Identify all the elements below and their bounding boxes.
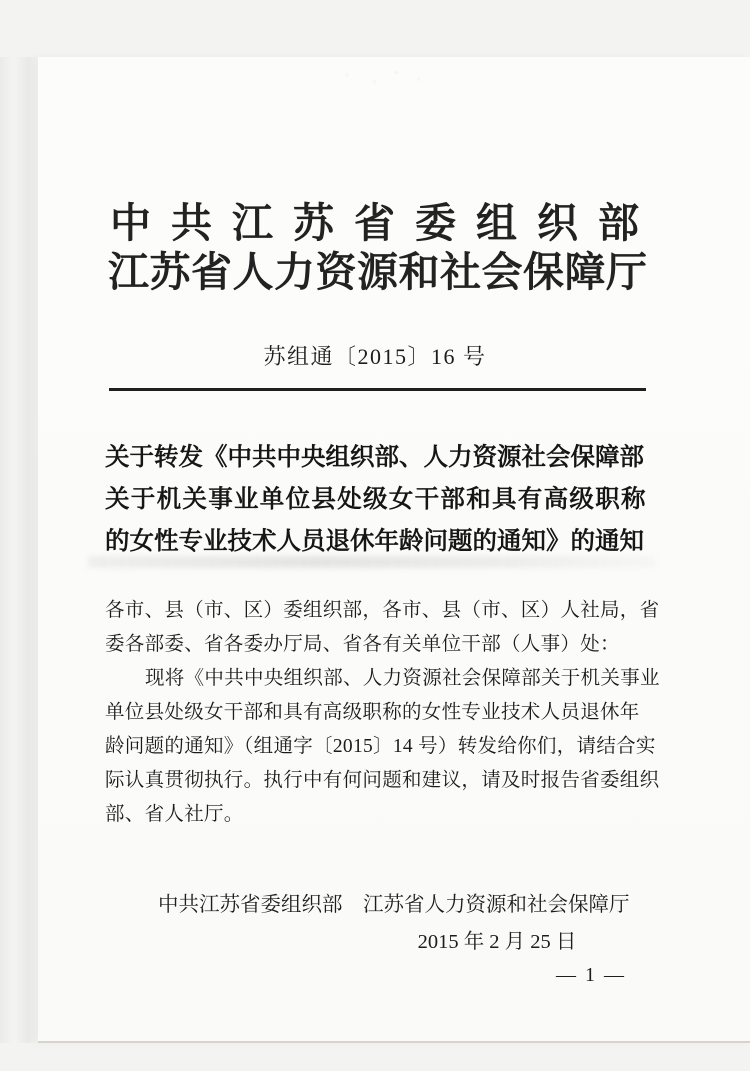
page-number: — 1 — — [556, 964, 626, 987]
document-title-line: 的女性专业技术人员退休年龄问题的通知》的通知 — [105, 528, 650, 556]
scanned-document-page: 中共江苏省委组织部 江苏省人力资源和社会保障厅 苏组通〔2015〕16 号 关于… — [0, 0, 750, 1071]
body-line: 际认真贯彻执行。执行中有何问题和建议，请及时报告省委组织 — [105, 770, 659, 792]
body-line: 龄问题的通知》（组通字〔2015〕14 号）转发给你们，请结合实 — [105, 736, 656, 758]
body-line: 委各部委、省各委办厅局、省各有关单位干部（人事）处： — [105, 634, 620, 656]
issuing-org-line-2: 江苏省人力资源和社会保障厅 — [108, 249, 648, 296]
issuing-org-line-1: 中共江苏省委组织部 — [110, 200, 650, 247]
signature-org-1: 中共江苏省委组织部 — [158, 894, 343, 918]
body-line: 部、省人社厅。 — [105, 804, 244, 826]
scan-edge-artifact — [0, 57, 40, 1043]
scan-artifact — [325, 66, 435, 88]
document-title-line: 关于机关事业单位县处级女干部和具有高级职称 — [105, 486, 650, 514]
signature-org-2: 江苏省人力资源和社会保障厅 — [363, 894, 630, 918]
signature-date: 2015 年 2 月 25 日 — [363, 931, 631, 955]
body-line: 各市、县（市、区）委组织部，各市、县（市、区）人社局，省 — [105, 600, 659, 622]
scan-artifact — [88, 556, 656, 568]
header-divider-rule — [109, 388, 646, 391]
body-line: 单位县处级女干部和具有高级职称的女性专业技术人员退休年 — [105, 702, 640, 724]
document-title-line: 关于转发《中共中央组织部、人力资源社会保障部 — [105, 444, 650, 472]
body-line: 现将《中共中央组织部、人力资源社会保障部关于机关事业 — [105, 668, 660, 690]
document-number: 苏组通〔2015〕16 号 — [105, 344, 645, 369]
